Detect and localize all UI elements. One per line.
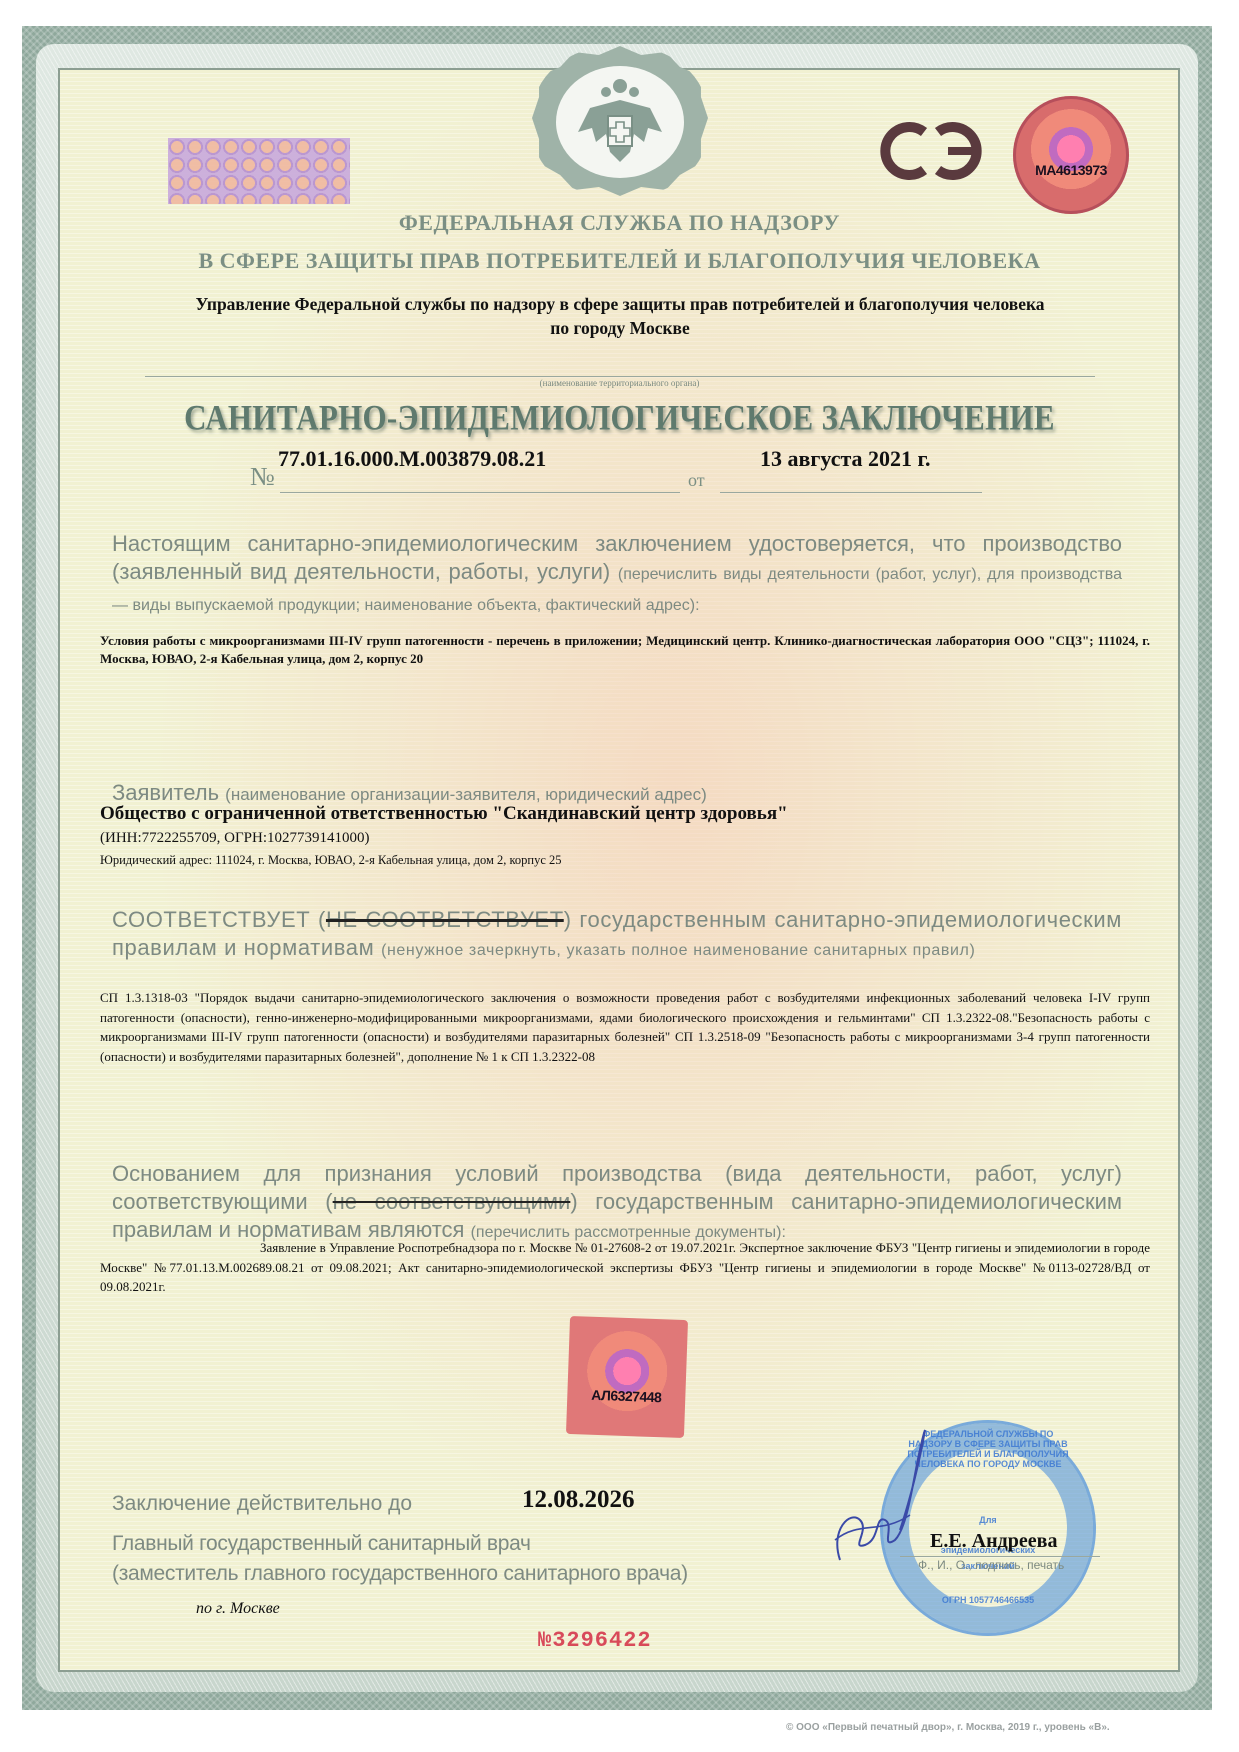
signature-underline [900, 1556, 1100, 1557]
agency-title-line2: В СФЕРЕ ЗАЩИТЫ ПРАВ ПОТРЕБИТЕЛЕЙ И БЛАГО… [0, 248, 1239, 274]
conformity-hint: (ненужное зачеркнуть, указать полное наи… [381, 942, 975, 959]
se-logo-icon [878, 118, 988, 184]
signature-caption: Ф., И., О., подпись, печать [918, 1558, 1064, 1572]
department-line2: по городу Москве [90, 316, 1150, 340]
document-number: 77.01.16.000.М.003879.08.21 [278, 446, 546, 472]
department-caption: (наименование территориального органа) [0, 378, 1239, 388]
production-value: Условия работы с микроорганизмами III-IV… [100, 632, 1150, 668]
date-underline [720, 492, 982, 493]
conformity-statement: СООТВЕТСТВУЕТ (НЕ СООТВЕТСТВУЕТ) государ… [112, 906, 1122, 965]
validity-date: 12.08.2026 [522, 1486, 635, 1514]
applicant-hint: (наименование организации-заявителя, юри… [225, 785, 707, 804]
printer-credit: © ООО «Первый печатный двор», г. Москва,… [786, 1722, 1110, 1733]
signature-icon [820, 1420, 940, 1570]
basis-documents: Заявление в Управление Роспотребнадзора … [100, 1238, 1150, 1297]
sanitary-rules: СП 1.3.1318-03 "Порядок выдачи санитарно… [100, 988, 1150, 1066]
agency-title-line1: ФЕДЕРАЛЬНАЯ СЛУЖБА ПО НАДЗОРУ [0, 210, 1239, 236]
conformity-not-complies-struck: НЕ СООТВЕТСТВУЕТ [326, 907, 564, 932]
double-headed-eagle-emblem-icon [556, 66, 684, 178]
stamp-ogrn: ОГРН 1057746466535 [883, 1595, 1093, 1605]
applicant-label: Заявитель [112, 780, 219, 805]
applicant-legal-address: Юридический адрес: 111024, г. Москва, ЮВ… [100, 853, 562, 868]
production-intro: Настоящим санитарно-эпидемиологическим з… [112, 530, 1122, 620]
hologram-code: МА4613973 [1013, 162, 1129, 178]
date-prefix: от [688, 470, 705, 491]
hologram-bottom-code: АЛ6327448 [567, 1386, 685, 1406]
department-line1: Управление Федеральной службы по надзору… [90, 292, 1150, 316]
number-sign: № [250, 462, 275, 492]
applicant-name: Общество с ограниченной ответственностью… [100, 803, 788, 825]
basis-struck: не соответствующими [333, 1189, 571, 1214]
document-date: 13 августа 2021 г. [760, 446, 931, 472]
basis-statement: Основанием для признания условий произво… [112, 1160, 1122, 1247]
department-name: Управление Федеральной службы по надзору… [90, 292, 1150, 340]
signatory-name: Е.Е. Андреева [930, 1530, 1057, 1553]
document-title: САНИТАРНО-ЭПИДЕМИОЛОГИЧЕСКОЕ ЗАКЛЮЧЕНИЕ [0, 397, 1239, 438]
department-underline [145, 376, 1095, 377]
form-serial-number: №3296422 [538, 1628, 652, 1653]
signatory-title-line2: (заместитель главного государственного с… [112, 1562, 688, 1586]
hologram-sticker-bottom: АЛ6327448 [566, 1316, 688, 1438]
hologram-sticker-top: МА4613973 [1013, 96, 1129, 214]
signatory-title-line1: Главный государственный санитарный врач [112, 1532, 531, 1556]
applicant-ids: (ИНН:7722255709, ОГРН:1027739141000) [100, 830, 370, 847]
number-underline [280, 492, 680, 493]
signatory-city: по г. Москве [196, 1600, 280, 1618]
conformity-complies: СООТВЕТСТВУЕТ [112, 907, 310, 932]
security-pattern [168, 138, 350, 204]
paren-open: ( [318, 907, 326, 932]
validity-label: Заключение действительно до [112, 1492, 412, 1516]
